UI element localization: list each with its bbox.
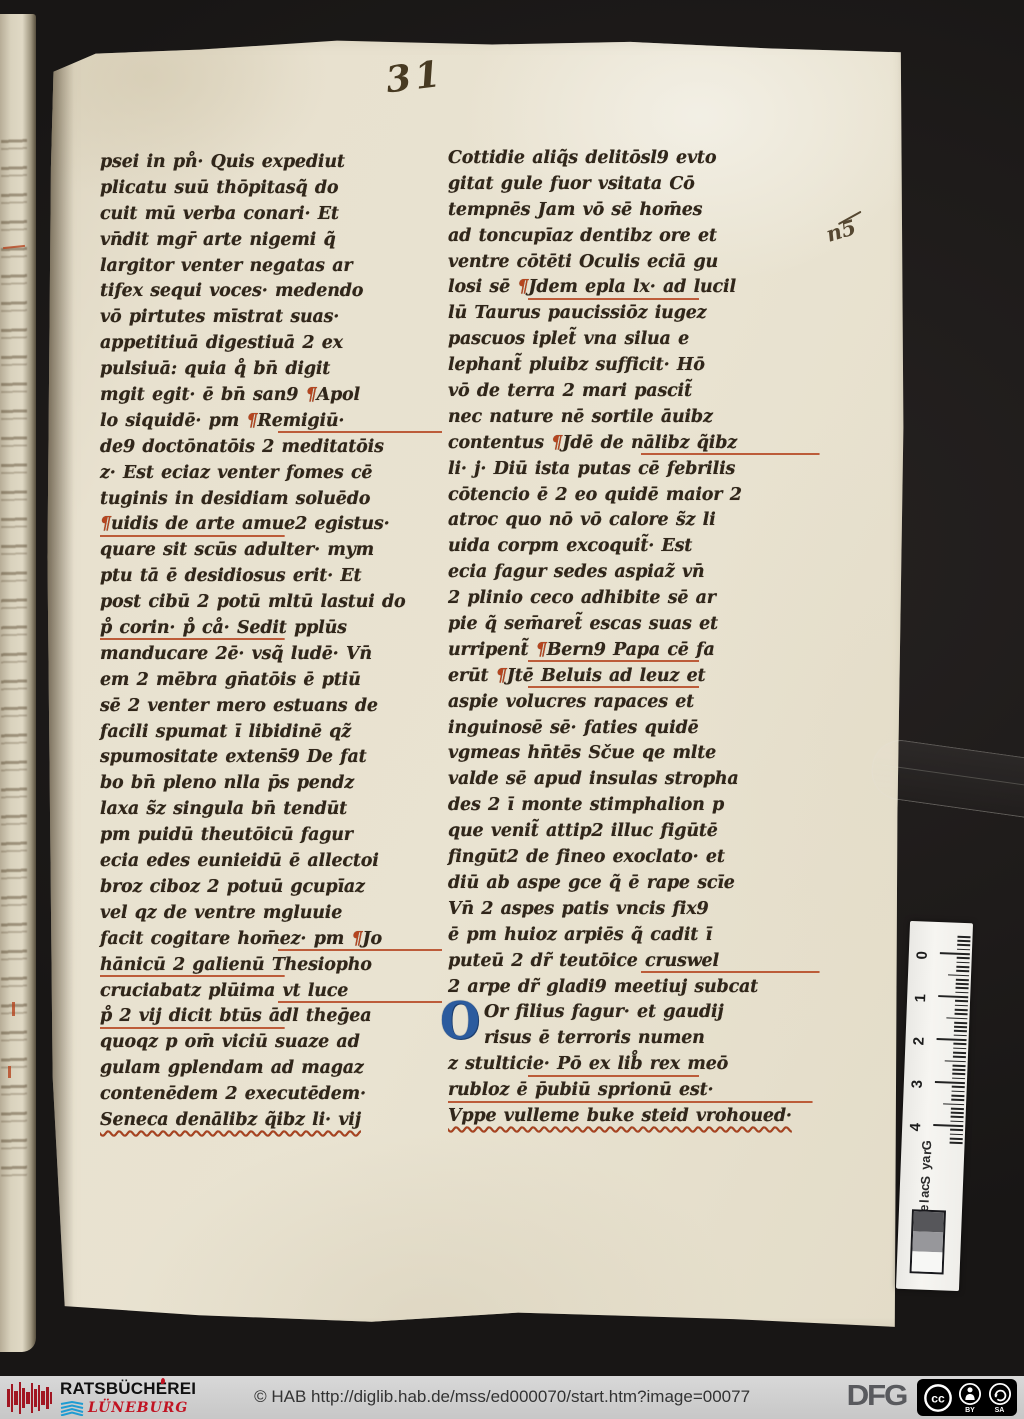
ruler-tick — [954, 1034, 967, 1036]
edge-rubrication-mark — [8, 1066, 11, 1078]
manuscript-line: valde sē apud insulas stropha — [448, 767, 820, 793]
ruler-tick — [951, 1099, 964, 1101]
manuscript-line: tuginis in desidiam soluēdo — [100, 487, 442, 513]
manuscript-line: pulsiuā: quia q̊ bn̄ digit — [100, 357, 442, 383]
cc-by-icon: BY — [958, 1382, 982, 1414]
ruler-tick — [935, 1081, 965, 1084]
manuscript-line: puteū 2 dr̃ teutōice cruswel — [448, 949, 820, 975]
gray-patch — [912, 1231, 943, 1252]
ruler-number: 2 — [910, 1029, 927, 1046]
ruler-tick — [955, 991, 968, 993]
manuscript-line: z stulticie· Pō ex lib̊ rex meō — [448, 1052, 820, 1078]
ruler-tick — [946, 1017, 967, 1020]
manuscript-line: facit cogitare hom̄ez· pm ¶Jo — [100, 927, 442, 953]
manuscript-line: urripent̃ ¶Bern9 Papa cē fa — [448, 638, 820, 664]
manuscript-page: 31 n5 psei in pn̊· Quis expediutplicatu … — [44, 38, 906, 1336]
manuscript-line: cuit mū verba conari· Et — [100, 202, 442, 228]
manuscript-line: laxa s̃z singula bn̄ tendūt — [100, 797, 442, 823]
manuscript-line: ad toncupīaz dentibz ore et — [448, 224, 820, 250]
ruler-tick — [955, 1013, 968, 1015]
facing-page-text-traces — [1, 134, 27, 1184]
library-subtitle: LÜNEBURG — [88, 1400, 188, 1416]
ruler-tick — [957, 940, 970, 942]
ruler-number: 1 — [912, 986, 929, 1003]
manuscript-line: psei in pn̊· Quis expediut — [100, 150, 442, 176]
illuminated-initial: O — [440, 991, 480, 1050]
ruler-tick — [951, 1095, 964, 1097]
image-credit-url: © HAB http://diglib.hab.de/mss/ed000070/… — [254, 1387, 750, 1407]
manuscript-line: contenēdem 2 executēdem· — [100, 1082, 442, 1108]
manuscript-line: 2 arpe dr̃ gladi9 meetiuj subcat — [448, 975, 820, 1001]
ruler-tick — [954, 1021, 967, 1023]
gray-patch — [913, 1211, 944, 1232]
ruler-tick — [950, 1120, 963, 1122]
gutter-shadow — [44, 38, 74, 1336]
manuscript-line: mgit egit· ē bn̄ san9 ¶Apol — [100, 383, 442, 409]
manuscript-line: cōtencio ē 2 eo quidē maior 2 — [448, 483, 820, 509]
cc-sa-label: SA — [995, 1407, 1005, 1414]
manuscript-line: 2 plinio ceco adhibite sē ar — [448, 586, 820, 612]
ruler-ticks — [910, 921, 973, 923]
manuscript-line: Vppe vulleme buke steid vrohoued· — [448, 1104, 820, 1130]
manuscript-line: tifex sequi voces· medendo — [100, 279, 442, 305]
ruler-tick — [951, 1112, 964, 1114]
manuscript-line: gitat gule fuor vsitata Cō — [448, 172, 820, 198]
manuscript-line: lo siquidē· pm ¶Remigiū· — [100, 409, 442, 435]
digitized-manuscript-viewer: 31 n5 psei in pn̊· Quis expediutplicatu … — [0, 0, 1024, 1419]
ruler-tick — [940, 952, 970, 955]
ruler-tick — [957, 936, 970, 938]
svg-text:cc: cc — [931, 1391, 945, 1405]
ruler-tick — [938, 995, 968, 998]
manuscript-line: de9 doctōnatōis 2 meditatōis — [100, 435, 442, 461]
facing-page-edge — [0, 14, 36, 1352]
manuscript-line: uida corpm excoquit̃· Est — [448, 534, 820, 560]
manuscript-line: atroc quo nō vō calore s̃z li — [448, 508, 820, 534]
wave-icon — [60, 1401, 84, 1416]
ruler-tick — [951, 1107, 964, 1109]
manuscript-line: z· Est eciaz venter fomes cē — [100, 461, 442, 487]
manuscript-line: nec nature nē sortile āuibz — [448, 405, 820, 431]
manuscript-line: fingūt2 de fineo exoclato· et — [448, 845, 820, 871]
manuscript-line: erūt ¶Jtē Beluis ad leuz et — [448, 664, 820, 690]
ruler-tick — [950, 1133, 963, 1135]
manuscript-line: aspie volucres rapaces et — [448, 690, 820, 716]
ruler-tick — [937, 1038, 967, 1041]
library-name-block: RATSBÜCHEREI LÜNEBURG — [60, 1379, 196, 1416]
ruler-tick — [954, 1026, 967, 1028]
ruler-tick — [957, 944, 970, 946]
manuscript-line: plicatu suū thōpitasq̃ do — [100, 176, 442, 202]
manuscript-line: Or filius fagur· et gaudij — [448, 1000, 820, 1026]
text-column-right: O Cottidie aliq̃s delitōsl9 evtogitat gu… — [448, 146, 820, 1130]
ruler-tick — [957, 948, 970, 950]
manuscript-line: des 2 ī monte stimphalion p — [448, 793, 820, 819]
ruler-tick — [951, 1116, 964, 1118]
manuscript-line: quare sit scūs adulter· mym — [100, 538, 442, 564]
manuscript-line: ¶uidis de arte amue2 egistus· — [100, 512, 442, 538]
ruler-tick — [954, 1030, 967, 1032]
manuscript-line: vn̄dit mgr̄ arte nigemi q̃ — [100, 228, 442, 254]
manuscript-line: vō de terra 2 mari pascit̃ — [448, 379, 820, 405]
ruler-tick — [945, 1060, 966, 1063]
ruler-tick — [952, 1069, 965, 1071]
ruler-tick — [955, 1004, 968, 1006]
gray-scale-ruler: 01234 Gray Scale — [896, 921, 973, 1291]
ruler-number: 4 — [907, 1115, 924, 1132]
manuscript-line: broz ciboz 2 potuū gcupīaz — [100, 875, 442, 901]
manuscript-line: ē pm huioz arpiēs q̃ cadit ī — [448, 923, 820, 949]
manuscript-line: tempnēs Jam vō sē hom̄es — [448, 198, 820, 224]
manuscript-line: cruciabatz plūima vt luce — [100, 979, 442, 1005]
manuscript-line: inguinosē sē· faties quidē — [448, 716, 820, 742]
ruler-tick — [953, 1043, 966, 1045]
dfg-logo: DFG — [846, 1380, 906, 1413]
ruler-tick — [956, 970, 969, 972]
ruler-tick — [956, 979, 969, 981]
text-column-left: psei in pn̊· Quis expediutplicatu suū th… — [100, 150, 442, 1134]
ruler-tick — [952, 1073, 965, 1075]
ruler-tick — [956, 987, 969, 989]
ruler-tick — [952, 1086, 965, 1088]
manuscript-line: risus ē terroris numen — [448, 1026, 820, 1052]
edge-rubrication-mark — [12, 1002, 15, 1016]
manuscript-line: pm puidū theutōicū fagur — [100, 823, 442, 849]
manuscript-photo: 31 n5 psei in pn̊· Quis expediutplicatu … — [0, 0, 1024, 1376]
ruler-tick — [953, 1047, 966, 1049]
manuscript-line: contentus ¶Jdē de nālibz q̃ibz — [448, 431, 820, 457]
ruler-numbers: 01234 — [910, 921, 973, 923]
manuscript-line: vō pirtutes mīstrat suas· — [100, 305, 442, 331]
manuscript-line: facili spumat ī libidinē qz̃ — [100, 720, 442, 746]
manuscript-line: ecia edes eunieidū ē allectoi — [100, 849, 442, 875]
library-title: RATSBÜCHEREI — [60, 1379, 196, 1399]
manuscript-line: bo bn̄ pleno nlla p̄s pendz — [100, 771, 442, 797]
manuscript-line: vel qz de ventre mgluuie — [100, 901, 442, 927]
ruler-tick — [955, 1009, 968, 1011]
manuscript-line: sē 2 venter mero estuans de — [100, 694, 442, 720]
manuscript-line: p̊ 2 vij dicit btūs ādl theḡea — [100, 1004, 442, 1030]
manuscript-line: gulam gplendam ad magaz — [100, 1056, 442, 1082]
cc-license-badge: cc BY SA — [917, 1379, 1017, 1416]
manuscript-line: hānicū 2 galienū Thesiopho — [100, 953, 442, 979]
ruler-tick — [956, 983, 969, 985]
manuscript-line: quoqz p om̄ viciū suaze ad — [100, 1030, 442, 1056]
manuscript-line: Vn̄ 2 aspes patis vncis fix9 — [448, 897, 820, 923]
cc-icon: cc — [923, 1383, 953, 1413]
ruler-tick — [955, 1000, 968, 1002]
ruler-number: 3 — [909, 1072, 926, 1089]
ruler-tick — [950, 1138, 963, 1140]
manuscript-line: que venit̃ attip2 illuc figūtē — [448, 819, 820, 845]
ruler-tick — [943, 1103, 964, 1106]
library-bars-icon — [6, 1380, 52, 1416]
gray-patches — [910, 1209, 946, 1274]
manuscript-line: largitor venter negatas ar — [100, 254, 442, 280]
cc-sa-icon: SA — [988, 1382, 1012, 1414]
gray-scale-label: Gray Scale — [919, 1142, 932, 1212]
library-subtitle-row: LÜNEBURG — [60, 1400, 196, 1416]
manuscript-line: lephant̃ pluibz sufficit· Hō — [448, 353, 820, 379]
umlaut-drop-accent — [161, 1378, 165, 1384]
manuscript-line: ecia fagur sedes aspiaz̃ vn̄ — [448, 560, 820, 586]
ruler-tick — [956, 966, 969, 968]
manuscript-line: losi sē ¶Jdem epla lx· ad lucil — [448, 275, 820, 301]
caption-bar: RATSBÜCHEREI LÜNEBURG © HAB — [0, 1376, 1024, 1419]
manuscript-line: vgmeas hn̄tēs Sčue qe mlte — [448, 741, 820, 767]
cc-by-label: BY — [965, 1407, 975, 1414]
ruler-tick — [953, 1052, 966, 1054]
manuscript-line: em 2 mēbra gn̄atōis ē ptiū — [100, 668, 442, 694]
manuscript-line: li· j· Diū ista putas cē febrilis — [448, 457, 820, 483]
ratsbuecherei-logo: RATSBÜCHEREI LÜNEBURG — [6, 1379, 196, 1416]
ruler-tick — [950, 1129, 963, 1131]
gray-patch — [912, 1251, 943, 1272]
ruler-tick — [933, 1124, 963, 1127]
manuscript-line: ventre cōtēti Oculis eciā gu — [448, 250, 820, 276]
manuscript-line: manducare 2ē· vsq̃ ludē· Vn̄ — [100, 642, 442, 668]
manuscript-line: Cottidie aliq̃s delitōsl9 evto — [448, 146, 820, 172]
manuscript-line: rubloz ē p̄ubiū sprionū est· — [448, 1078, 820, 1104]
manuscript-line: lū Taurus paucissiōz iugez — [448, 301, 820, 327]
ruler-number: 0 — [914, 943, 931, 960]
folio-number: 31 — [384, 53, 447, 102]
manuscript-line: post cibū 2 potū mltū lastui do — [100, 590, 442, 616]
manuscript-line: spumositate extens̄9 De fat — [100, 745, 442, 771]
manuscript-line: p̊ corin· p̊ cå· Sedit pplūs — [100, 616, 442, 642]
ruler-tick — [957, 961, 970, 963]
manuscript-line: pascuos iplet̃ vna silua e — [448, 327, 820, 353]
ruler-tick — [948, 974, 969, 977]
manuscript-line: Seneca denālibz q̃ibz li· vij — [100, 1108, 442, 1134]
ruler-tick — [953, 1056, 966, 1058]
ruler-tick — [952, 1090, 965, 1092]
manuscript-line: pie q̃ sem̄aret̃ escas suas et — [448, 612, 820, 638]
margin-note: n5 — [823, 214, 859, 247]
manuscript-line: appetitiuā digestiuā 2 ex — [100, 331, 442, 357]
ruler-tick — [952, 1077, 965, 1079]
ruler-tick — [950, 1142, 963, 1144]
manuscript-line: diū ab aspe gce q̃ ē rape scīe — [448, 871, 820, 897]
manuscript-line: ptu tā ē desidiosus erit· Et — [100, 564, 442, 590]
ruler-tick — [953, 1064, 966, 1066]
ruler-tick — [957, 957, 970, 959]
